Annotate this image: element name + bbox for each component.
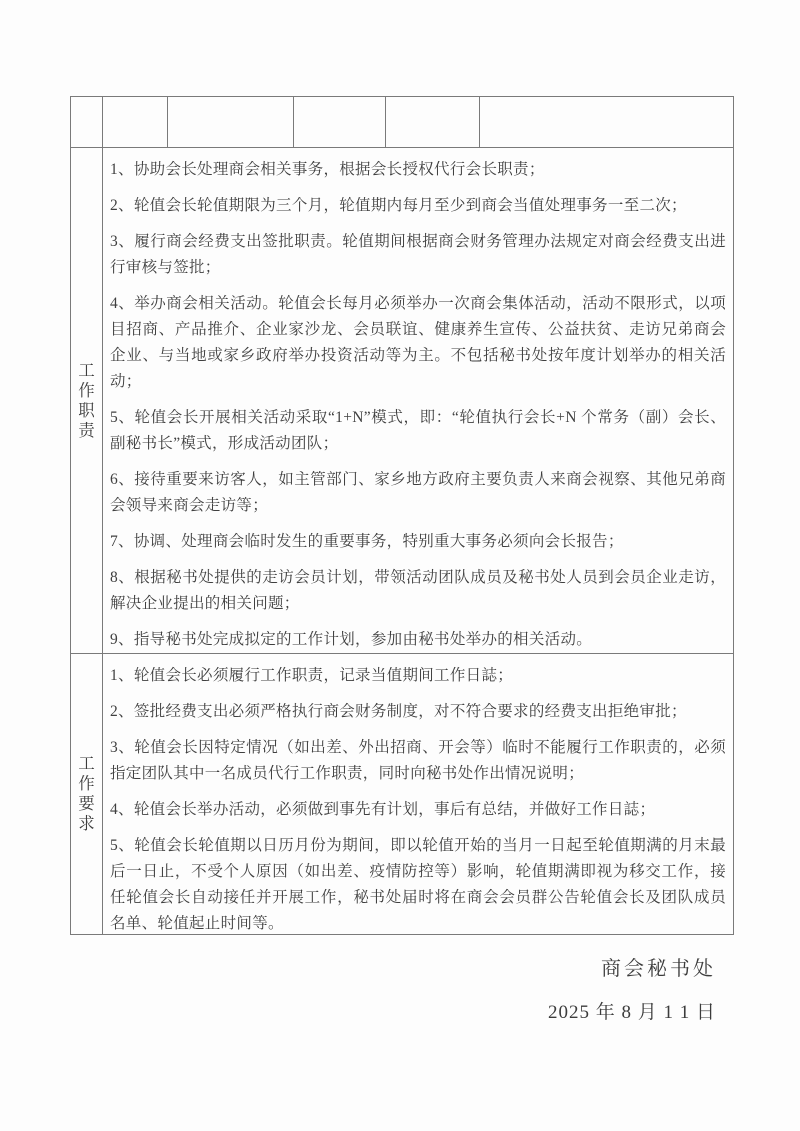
requirement-item-4: 4、轮值会长举办活动，必须做到事先有计划，事后有总结，并做好工作日誌； [110,797,726,823]
duty-item-3: 3、履行商会经费支出签批职责。轮值期间根据商会财务管理办法规定对商会经费支出进行… [110,229,726,281]
work-duties-content: 1、协助会长处理商会相关事务，根据会长授权代行会长职责； 2、轮值会长轮值期限为… [103,148,733,653]
requirement-item-2: 2、签批经费支出必须严格执行商会财务制度，对不符合要求的经费支出拒绝审批； [110,699,726,725]
duty-item-5: 5、轮值会长开展相关活动采取“1+N”模式，即：“轮值执行会长+N 个常务（副）… [110,405,726,457]
section-title-work-duties: 工作职责 [78,361,95,441]
header-cell-4 [386,97,480,147]
section-work-duties: 工作职责 1、协助会长处理商会相关事务，根据会长授权代行会长职责； 2、轮值会长… [71,148,733,654]
signature-block: 商会秘书处 2025 年 8 月 1 1 日 [548,954,716,1028]
duty-item-8: 8、根据秘书处提供的走访会员计划，带领活动团队成员及秘书处人员到会员企业走访，解… [110,565,726,617]
duty-item-6: 6、接待重要来访客人，如主管部门、家乡地方政府主要负责人来商会视察、其他兄弟商会… [110,467,726,519]
requirement-item-1: 1、轮值会长必须履行工作职责，记录当值期间工作日誌； [110,663,726,689]
header-cell-1 [103,97,168,147]
header-cell-5 [480,97,733,147]
table-header-row [71,97,733,148]
header-cell-0 [71,97,103,147]
document-page: 工作职责 1、协助会长处理商会相关事务，根据会长授权代行会长职责； 2、轮值会长… [0,0,800,1131]
signature-org: 商会秘书处 [548,954,716,984]
requirement-item-3: 3、轮值会长因特定情况（如出差、外出招商、开会等）临时不能履行工作职责的，必须指… [110,735,726,787]
signature-date: 2025 年 8 月 1 1 日 [548,998,716,1028]
duty-item-2: 2、轮值会长轮值期限为三个月，轮值期内每月至少到商会当值处理事务一至二次； [110,193,726,219]
work-requirements-content: 1、轮值会长必须履行工作职责，记录当值期间工作日誌； 2、签批经费支出必须严格执… [103,654,733,934]
header-cell-3 [294,97,386,147]
duty-table: 工作职责 1、协助会长处理商会相关事务，根据会长授权代行会长职责； 2、轮值会长… [70,96,734,935]
section-title-cell: 工作职责 [71,148,103,653]
section-work-requirements: 工作要求 1、轮值会长必须履行工作职责，记录当值期间工作日誌； 2、签批经费支出… [71,654,733,934]
requirement-item-5: 5、轮值会长轮值期以日历月份为期间，即以轮值开始的当月一日起至轮值期满的月末最后… [110,833,726,934]
duty-item-9: 9、指导秘书处完成拟定的工作计划，参加由秘书处举办的相关活动。 [110,627,726,653]
duty-item-7: 7、协调、处理商会临时发生的重要事务，特别重大事务必须向会长报告； [110,529,726,555]
duty-item-4: 4、举办商会相关活动。轮值会长每月必须举办一次商会集体活动，活动不限形式，以项目… [110,291,726,395]
section-title-cell: 工作要求 [71,654,103,934]
duty-item-1: 1、协助会长处理商会相关事务，根据会长授权代行会长职责； [110,157,726,183]
header-cell-2 [168,97,294,147]
section-title-work-requirements: 工作要求 [78,754,95,834]
